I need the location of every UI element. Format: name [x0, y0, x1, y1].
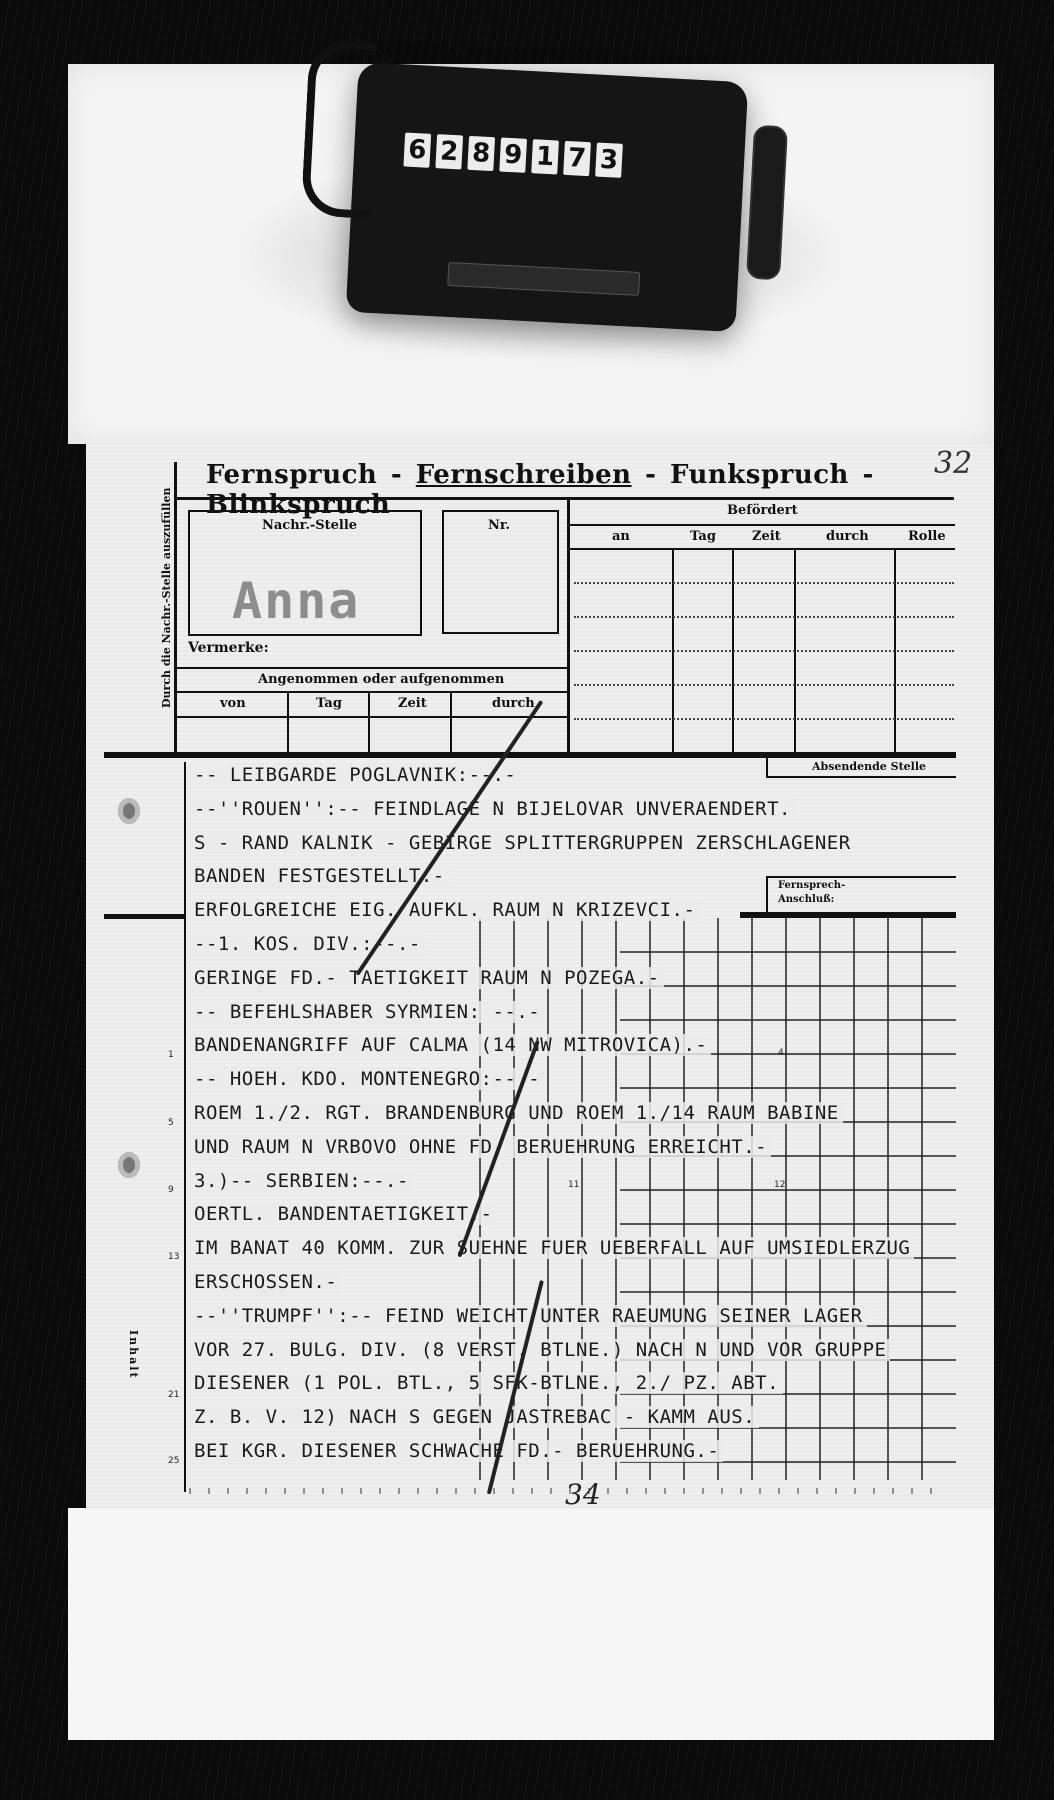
message-line: Z. B. V. 12) NACH S GEGEN JASTREBAC - KA… [190, 1406, 759, 1428]
margin-number: 1 [168, 1050, 174, 1060]
message-line: S - RAND KALNIK - GEBIRGE SPLITTERGRUPPE… [190, 832, 855, 854]
margin-number: 21 [168, 1390, 179, 1400]
message-line: --1. KOS. DIV.:--.- [190, 933, 425, 955]
grid-number: 12 [774, 1180, 785, 1190]
margin-number: 5 [168, 1118, 174, 1128]
message-line: --''ROUEN'':-- FEINDLAGE N BIJELOVAR UNV… [190, 798, 795, 820]
margin-number: 9 [168, 1185, 174, 1195]
message-line: VOR 27. BULG. DIV. (8 VERST. BTLNE.) NAC… [190, 1339, 890, 1361]
inhalt-label: Inhalt [127, 1330, 140, 1380]
margin-number: 25 [168, 1456, 179, 1466]
message-line: DIESENER (1 POL. BTL., 5 SFK-BTLNE., 2./… [190, 1372, 783, 1394]
message-line: -- HOEH. KDO. MONTENEGRO:--.- [190, 1068, 544, 1090]
message-line: GERINGE FD.- TAETIGKEIT RAUM N POZEGA.- [190, 967, 664, 989]
message-line: ERFOLGREICHE EIG. AUFKL. RAUM N KRIZEVCI… [190, 899, 699, 921]
grid-number: 11 [568, 1180, 579, 1190]
margin-number: 13 [168, 1252, 179, 1262]
message-line: IM BANAT 40 KOMM. ZUR SUEHNE FUER UEBERF… [190, 1237, 914, 1259]
message-line: -- LEIBGARDE POGLAVNIK:--.- [190, 764, 520, 786]
message-line: UND RAUM N VRBOVO OHNE FD. BERUEHRUNG ER… [190, 1136, 771, 1158]
message-line: BEI KGR. DIESENER SCHWACHE FD.- BERUEHRU… [190, 1440, 723, 1462]
punch-hole [118, 798, 140, 824]
punch-hole [118, 1152, 140, 1178]
handwritten-number-34: 34 [565, 1478, 601, 1511]
message-left-rule [184, 762, 186, 1492]
message-line: OERTL. BANDENTAETIGKEIT.- [190, 1203, 496, 1225]
message-line: BANDENANGRIFF AUF CALMA (14 NW MITROVICA… [190, 1034, 711, 1056]
grid-number: 4 [778, 1048, 784, 1058]
message-line: -- BEFEHLSHABER SYRMIEN: --.- [190, 1001, 544, 1023]
message-line: 3.)-- SERBIEN:--.- [190, 1170, 413, 1192]
message-line: BANDEN FESTGESTELLT.- [190, 865, 449, 887]
message-line: ERSCHOSSEN.- [190, 1271, 341, 1293]
